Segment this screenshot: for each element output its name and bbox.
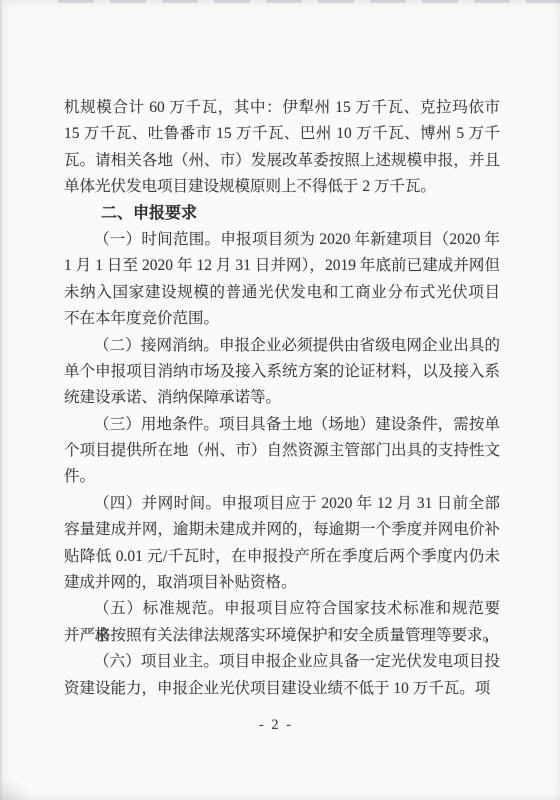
paragraph-4-grid-connection-deadline: （四）并网时间。申报项目应于 2020 年 12 月 31 日前全部容量建成并网… — [64, 491, 500, 597]
text-line: （二）接网消纳。申报企业必须提供由省级电网企业出具的 — [64, 333, 500, 359]
text-line: （一）时间范围。申报项目须为 2020 年新建项目（2020 年 — [64, 227, 500, 253]
text-line: 个项目提供所在地（州、市）自然资源主管部门出具的支持性文 — [64, 438, 500, 464]
text-line: 单体光伏发电项目建设规模原则上不得低于 2 万千瓦。 — [64, 174, 500, 200]
text-line: 15 万千瓦、吐鲁番市 15 万千瓦、巴州 10 万千瓦、博州 5 万千 — [64, 121, 500, 147]
text-line: 不在本年度竞价范围。 — [64, 306, 500, 332]
text-line: （三）用地条件。项目具备土地（场地）建设条件，需按单 — [64, 412, 500, 438]
page-number: - 2 - — [0, 712, 552, 738]
section-heading: 二、申报要求 — [64, 201, 500, 227]
text-line: 贴降低 0.01 元/千瓦时，在申报投产所在季度后两个季度内仍未 — [64, 544, 500, 570]
paragraph-1-time-range: （一）时间范围。申报项目须为 2020 年新建项目（2020 年1 月 1 日至… — [64, 227, 500, 333]
text-line: 件。 — [64, 464, 500, 490]
paragraph-6-project-owner: （六）项目业主。项目申报企业应具备一定光伏发电项目投资建设能力，申报企业光伏项目… — [64, 649, 500, 702]
document-body: 机规模合计 60 万千瓦，其中：伊犁州 15 万千瓦、克拉玛依市15 万千瓦、吐… — [64, 95, 500, 702]
section-heading-text: 二、申报要求 — [64, 201, 500, 227]
text-line: （五）标准规范。申报项目应符合国家技术标准和规范要求， — [64, 596, 500, 622]
paragraph-2-grid-consumption: （二）接网消纳。申报企业必须提供由省级电网企业出具的单个申报项目消纳市场及接入系… — [64, 333, 500, 412]
text-line: 未纳入国家建设规模的普通光伏发电和工商业分布式光伏项目 — [64, 280, 500, 306]
text-line: 机规模合计 60 万千瓦，其中：伊犁州 15 万千瓦、克拉玛依市 — [64, 95, 500, 121]
scan-corner-smudge — [0, 778, 34, 800]
text-line: 容量建成并网，逾期未建成并网的，每逾期一个季度并网电价补 — [64, 517, 500, 543]
paragraph-3-land-conditions: （三）用地条件。项目具备土地（场地）建设条件，需按单个项目提供所在地（州、市）自… — [64, 412, 500, 491]
text-line: 瓦。请相关各地（州、市）发展改革委按照上述规模申报，并且 — [64, 148, 500, 174]
scanned-document-page: 机规模合计 60 万千瓦，其中：伊犁州 15 万千瓦、克拉玛依市15 万千瓦、吐… — [0, 0, 560, 800]
text-line: 资建设能力，申报企业光伏项目建设业绩不低于 10 万千瓦。项 — [64, 676, 500, 702]
text-line: 单个申报项目消纳市场及接入系统方案的论证材料，以及接入系 — [64, 359, 500, 385]
paragraph-continuation-quota: 机规模合计 60 万千瓦，其中：伊犁州 15 万千瓦、克拉玛依市15 万千瓦、吐… — [64, 95, 500, 201]
paragraph-5-standards: （五）标准规范。申报项目应符合国家技术标准和规范要求，并严格按照有关法律法规落实… — [64, 596, 500, 649]
text-line: 并严格按照有关法律法规落实环境保护和安全质量管理等要求。 — [64, 623, 500, 649]
text-line: 统建设承诺、消纳保障承诺等。 — [64, 385, 500, 411]
text-line: （四）并网时间。申报项目应于 2020 年 12 月 31 日前全部 — [64, 491, 500, 517]
text-line: 建成并网的，取消项目补贴资格。 — [64, 570, 500, 596]
scan-edge-artifact-top — [58, 0, 560, 3]
text-line: （六）项目业主。项目申报企业应具备一定光伏发电项目投 — [64, 649, 500, 675]
text-line: 1 月 1 日至 2020 年 12 月 31 日并网），2019 年底前已建成… — [64, 253, 500, 279]
